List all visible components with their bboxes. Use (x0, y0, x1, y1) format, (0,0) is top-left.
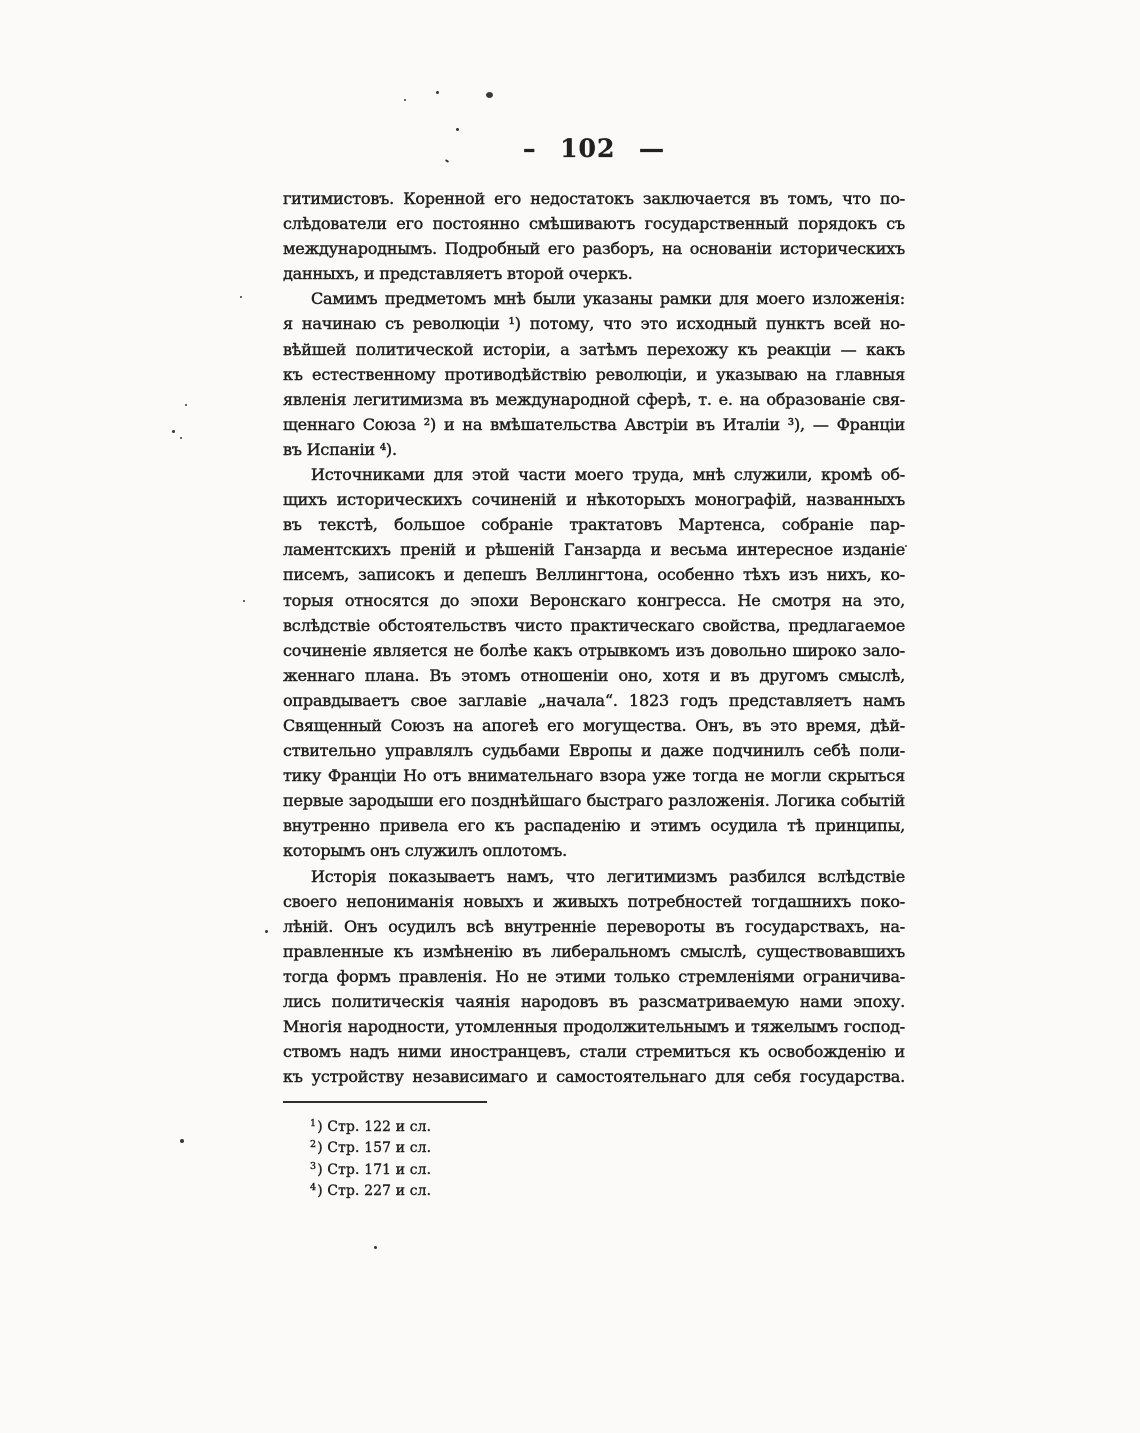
ink-speck (436, 91, 439, 94)
text-line: ламентскихъ преній и рѣшеній Ганзарда и … (283, 537, 905, 562)
text-line: данныхъ, и представляетъ второй очеркъ. (283, 261, 905, 286)
ink-speck (180, 437, 182, 439)
footnote: 2) Стр. 157 и сл. (310, 1136, 870, 1157)
footnote: 3) Стр. 171 и сл. (310, 1158, 870, 1179)
ink-speck (243, 600, 245, 602)
footnote-marker: 2 (310, 1139, 316, 1150)
ink-speck (240, 296, 242, 298)
text-line: вѣйшей политической исторіи, а затѣмъ пе… (283, 337, 905, 362)
footnotes-block: 1) Стр. 122 и сл.2) Стр. 157 и сл.3) Стр… (310, 1115, 870, 1200)
book-page: – 102 — гитимистовъ. Коренной его недост… (0, 0, 1140, 1433)
text-line: въ текстѣ, большое собраніе трактатовъ М… (283, 512, 905, 537)
text-line: лись политическія чаянія народовъ въ раз… (283, 989, 905, 1014)
text-line: щеннаго Союза ²) и на вмѣшательства Авст… (283, 412, 905, 437)
ink-speck (180, 1139, 184, 1143)
text-line: писемъ, записокъ и депешъ Веллингтона, о… (283, 562, 905, 587)
footnote-marker: 1 (310, 1118, 316, 1129)
footnote: 4) Стр. 227 и сл. (310, 1179, 870, 1200)
text-line: вслѣдствіе обстоятельствъ чисто практиче… (283, 613, 905, 638)
text-line: внутренно привела его къ распаденію и эт… (283, 813, 905, 838)
text-line: сочиненіе является не болѣе какъ отрывко… (283, 638, 905, 663)
text-line: щихъ историческихъ сочиненій и нѣкоторых… (283, 487, 905, 512)
text-line: торыя относятся до эпохи Веронскаго конг… (283, 588, 905, 613)
text-line: слѣдователи его постоянно смѣшиваютъ гос… (283, 211, 905, 236)
text-line: тогда формъ правленія. Но не этими тольк… (283, 964, 905, 989)
page-number: – 102 — (283, 134, 905, 163)
ink-speck (456, 128, 459, 131)
text-line: Священный Союзъ на апогеѣ его могущества… (283, 713, 905, 738)
body-text-block: гитимистовъ. Коренной его недостатокъ за… (283, 186, 905, 1089)
footnote-separator-rule (283, 1101, 487, 1103)
text-line: Источниками для этой части моего труда, … (283, 462, 905, 487)
footnote: 1) Стр. 122 и сл. (310, 1115, 870, 1136)
text-line: Исторія показываетъ намъ, что легитимизм… (283, 864, 905, 889)
footnote-marker: 3 (310, 1161, 316, 1172)
ink-speck (905, 545, 907, 547)
text-line: ствительно управлялъ судьбами Европы и д… (283, 738, 905, 763)
text-line: оправдываетъ свое заглавіе „начала“. 182… (283, 688, 905, 713)
text-line: международнымъ. Подробный его разборъ, н… (283, 236, 905, 261)
text-line: женнаго плана. Въ этомъ отношеніи оно, х… (283, 663, 905, 688)
text-line: тику Франціи Но отъ внимательнаго взора … (283, 763, 905, 788)
text-line: Многія народности, утомленныя продолжите… (283, 1014, 905, 1039)
text-line: лѣній. Онъ осудилъ всѣ внутренніе перево… (283, 914, 905, 939)
text-line: первые зародыши его позднѣйшаго быстраго… (283, 788, 905, 813)
text-line: явленія легитимизма въ международной сфе… (283, 387, 905, 412)
text-line: Самимъ предметомъ мнѣ были указаны рамки… (283, 286, 905, 311)
ink-speck (265, 930, 268, 933)
ink-speck (185, 404, 187, 406)
ink-speck (172, 430, 175, 433)
ink-speck (486, 92, 493, 98)
text-line: я начинаю съ революціи ¹) потому, что эт… (283, 311, 905, 336)
text-line: правленные къ измѣненію въ либеральномъ … (283, 939, 905, 964)
text-line: которымъ онъ служилъ оплотомъ. (283, 838, 905, 863)
ink-speck (404, 99, 406, 101)
text-line: своего непониманія новыхъ и живыхъ потре… (283, 889, 905, 914)
text-line: въ Испаніи ⁴). (283, 437, 905, 462)
text-line: гитимистовъ. Коренной его недостатокъ за… (283, 186, 905, 211)
ink-speck (374, 1246, 377, 1249)
text-line: ствомъ надъ ними иностранцевъ, стали стр… (283, 1039, 905, 1064)
text-line: къ устройству независимаго и самостоятел… (283, 1064, 905, 1089)
text-line: къ естественному противодѣйствію революц… (283, 362, 905, 387)
footnote-marker: 4 (310, 1182, 316, 1193)
